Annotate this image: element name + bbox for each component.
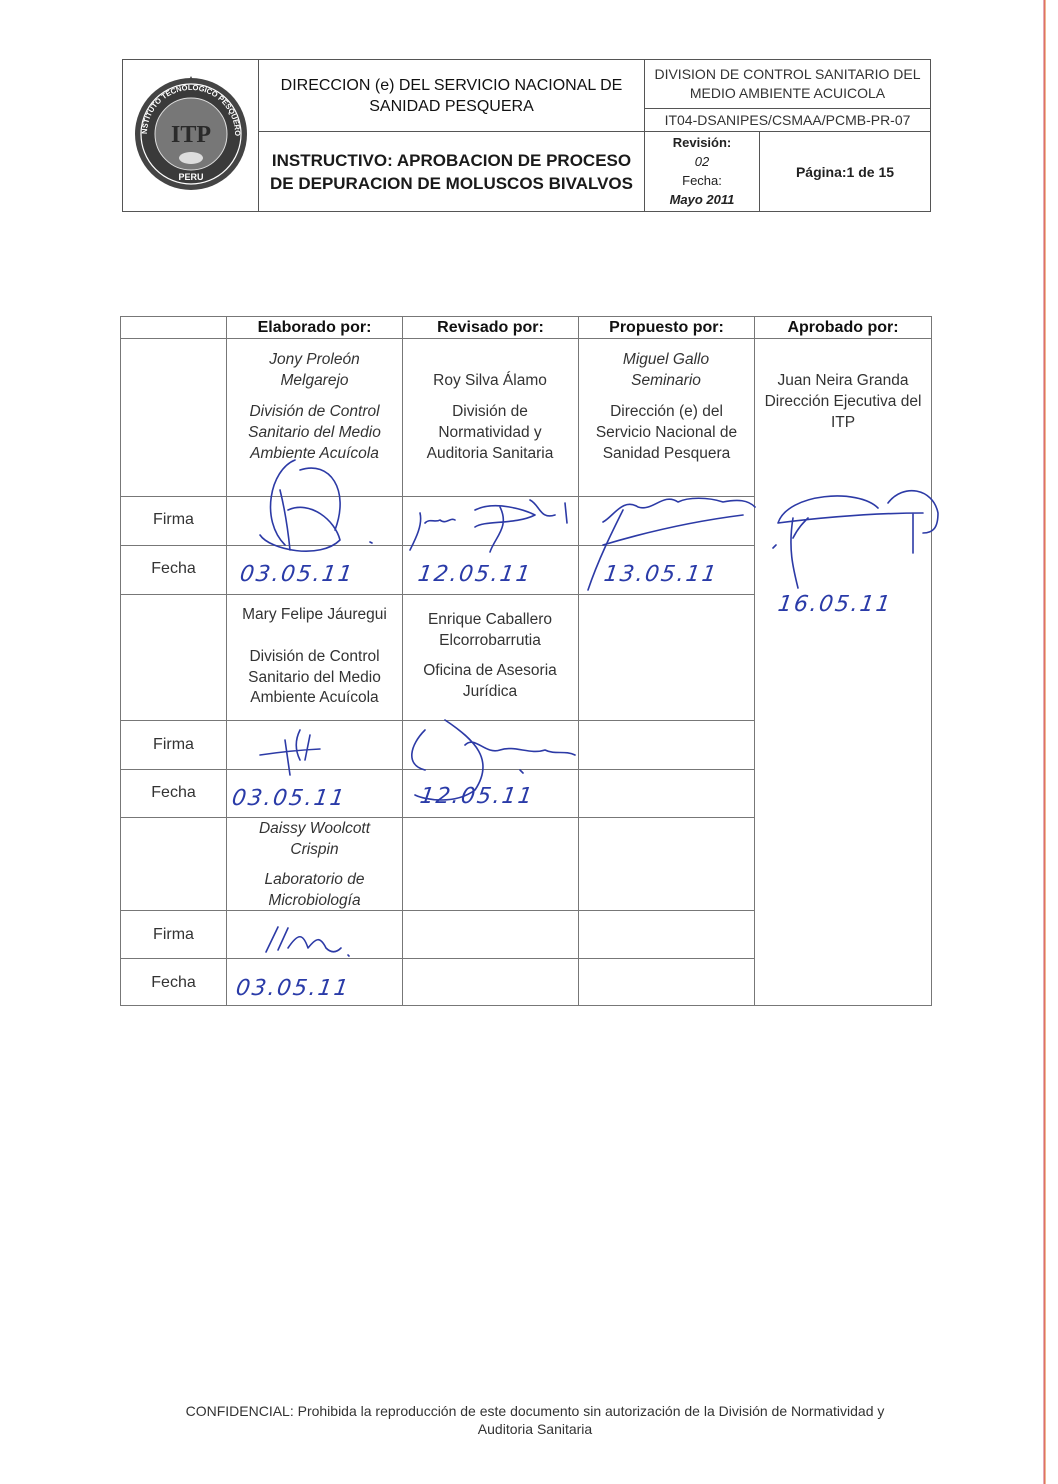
date-propuesto-1: 13.05.11 bbox=[602, 562, 719, 587]
column-header-aprobado: Aprobado por: bbox=[755, 317, 931, 338]
document-header: ITP PERU INSTITUTO TECNOLOGICO PESQUERO … bbox=[122, 59, 931, 212]
row-label-fecha: Fecha bbox=[121, 782, 226, 803]
division-name: DIVISION DE CONTROL SANITARIO DEL MEDIO … bbox=[645, 60, 930, 109]
svg-text:ITP: ITP bbox=[171, 122, 211, 148]
approval-table: Elaborado por: Revisado por: Propuesto p… bbox=[120, 316, 932, 1006]
signer-name: Roy Silva Álamo bbox=[407, 370, 573, 391]
signer-name: Juan Neira Granda bbox=[759, 370, 927, 391]
signer-unit: Dirección (e) del Servicio Nacional de S… bbox=[589, 401, 744, 464]
date-elaborado-1: 03.05.11 bbox=[238, 562, 355, 587]
itp-seal-logo-icon: ITP PERU INSTITUTO TECNOLOGICO PESQUERO bbox=[133, 76, 249, 192]
document-title: INSTRUCTIVO: APROBACION DE PROCESO DE DE… bbox=[259, 132, 645, 211]
signer-unit: División de Control Sanitario del Medio … bbox=[233, 647, 396, 709]
row-label-firma: Firma bbox=[121, 509, 226, 530]
organization-title: DIRECCION (e) DEL SERVICIO NACIONAL DE S… bbox=[259, 60, 645, 132]
document-code: IT04-DSANIPES/CSMAA/PCMB-PR-07 bbox=[645, 109, 930, 132]
revision-info: Revisión: 02 Fecha: Mayo 2011 bbox=[645, 132, 760, 211]
revision-value: 02 bbox=[695, 154, 709, 169]
date-label: Fecha: bbox=[645, 171, 759, 190]
date-elaborado-2: 03.05.11 bbox=[230, 786, 347, 811]
row-label-firma: Firma bbox=[121, 734, 226, 755]
signer-unit: Oficina de Asesoria Jurídica bbox=[409, 661, 571, 702]
column-header-elaborado: Elaborado por: bbox=[227, 317, 402, 338]
date-revisado-2: 12.05.11 bbox=[418, 784, 535, 809]
column-header-revisado: Revisado por: bbox=[403, 317, 578, 338]
signature-scrawl-icon bbox=[768, 478, 943, 578]
signer-name: Enrique Caballero Elcorrobarrutia bbox=[413, 610, 567, 651]
signer-name: Miguel Gallo Seminario bbox=[591, 349, 741, 391]
logo-cell: ITP PERU INSTITUTO TECNOLOGICO PESQUERO bbox=[123, 60, 259, 211]
date-elaborado-3: 03.05.11 bbox=[234, 976, 351, 1001]
signer-name: Daissy Woolcott Crispin bbox=[237, 819, 392, 860]
signer-unit: División de Normatividad y Auditoria San… bbox=[411, 401, 569, 464]
column-header-propuesto: Propuesto por: bbox=[579, 317, 754, 338]
signature-scrawl-icon bbox=[250, 725, 340, 780]
signer-name: Mary Felipe Jáuregui bbox=[233, 605, 396, 626]
date-aprobado-1: 16.05.11 bbox=[776, 592, 893, 617]
row-label-fecha: Fecha bbox=[121, 558, 226, 579]
row-label-firma: Firma bbox=[121, 924, 226, 945]
row-label-fecha: Fecha bbox=[121, 972, 226, 993]
signer-unit: Dirección Ejecutiva del ITP bbox=[763, 391, 923, 433]
svg-text:PERU: PERU bbox=[178, 172, 203, 182]
confidentiality-footer: CONFIDENCIAL: Prohibida la reproducción … bbox=[120, 1402, 950, 1438]
revision-label: Revisión: bbox=[673, 135, 732, 150]
signature-scrawl-icon bbox=[405, 495, 575, 565]
signer-unit: Laboratorio de Microbiología bbox=[237, 870, 392, 911]
date-revisado-1: 12.05.11 bbox=[416, 562, 533, 587]
signature-scrawl-icon bbox=[240, 450, 390, 560]
page-number: Página:1 de 15 bbox=[760, 132, 930, 211]
signature-scrawl-icon bbox=[258, 920, 358, 960]
date-value: Mayo 2011 bbox=[670, 192, 735, 207]
signer-name: Jony Proleón Melgarejo bbox=[237, 349, 392, 391]
page-edge-line bbox=[1043, 0, 1046, 1484]
